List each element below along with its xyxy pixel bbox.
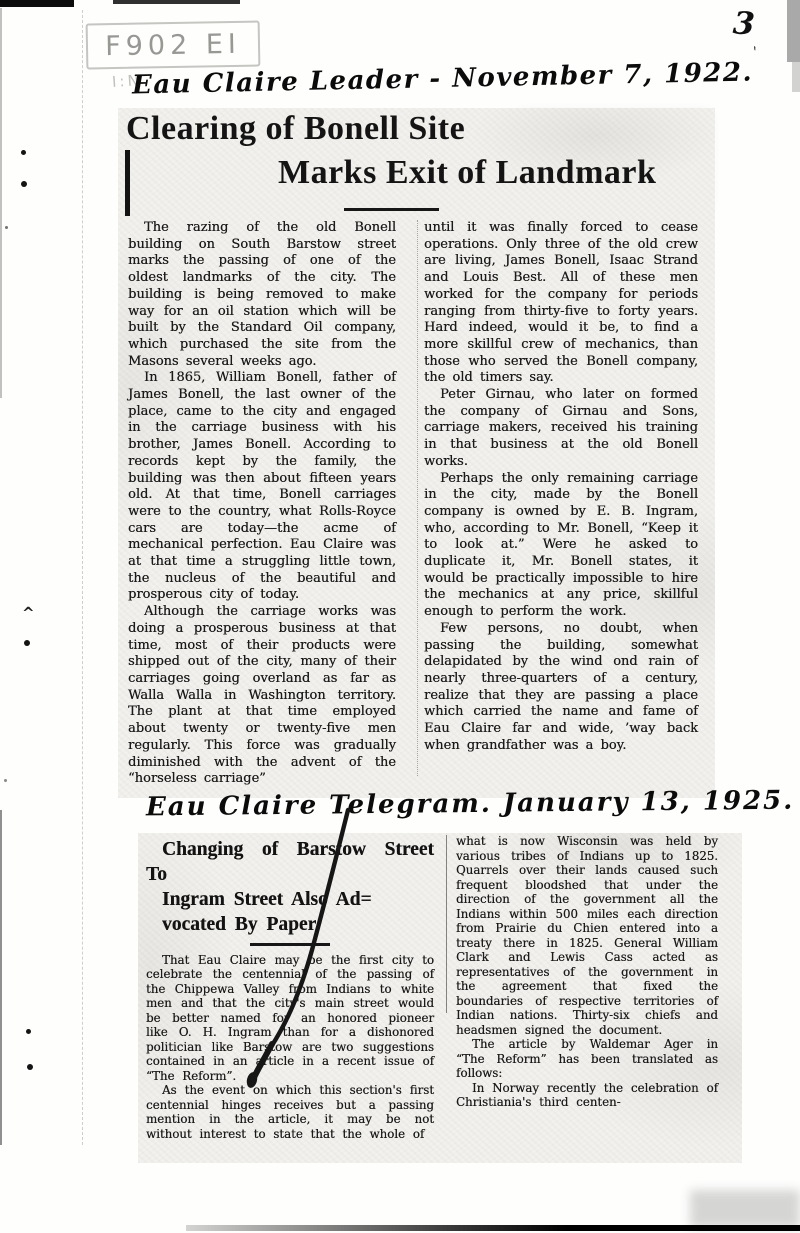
article-column-left: Changing of Barstow Street To Ingram Str… (146, 837, 434, 1141)
article-column-right: what is now Wisconsin was held by variou… (456, 834, 718, 1110)
article-paragraph: In Norway recently the celebration of Ch… (456, 1081, 718, 1110)
headline-line-2: Marks Exit of Landmark (278, 154, 656, 192)
scan-bottom-line (186, 1225, 800, 1231)
headline-line-3: vocated By Paper (146, 912, 434, 937)
article-column-right: until it was finally forced to cease ope… (424, 220, 698, 755)
clipping-edge-mark (125, 150, 130, 216)
article-paragraph: what is now Wisconsin was held by variou… (456, 834, 718, 1037)
headline-line-1: Clearing of Bonell Site (126, 110, 465, 148)
article-paragraph: The article by Waldemar Ager in “The Ref… (456, 1037, 718, 1081)
article-paragraph: The razing of the old Bonell building on… (128, 220, 396, 370)
headline-line-2: Ingram Street Also Ad= (146, 887, 434, 912)
article-paragraph: That Eau Claire may be the first city to… (146, 953, 434, 1084)
margin-dot (27, 1064, 33, 1070)
margin-dot (24, 640, 30, 646)
article-paragraph: As the event on which this section's fir… (146, 1083, 434, 1141)
archive-code-box: F902 EI (86, 20, 261, 69)
article-column-left: The razing of the old Bonell building on… (128, 220, 396, 788)
margin-dot (4, 779, 7, 782)
article-paragraph: Although the carriage works was doing a … (128, 604, 396, 788)
scan-edge-artifact (113, 0, 240, 4)
handwritten-source-caption-2: Eau Claire Telegram. January 13, 1925. (146, 786, 795, 823)
scan-edge-artifact (787, 0, 800, 62)
margin-caret-mark: ^ (22, 608, 35, 618)
scan-edge-artifact (0, 810, 2, 1145)
headline-rule (250, 943, 330, 946)
article-paragraph: until it was finally forced to cease ope… (424, 220, 698, 387)
scan-edge-artifact (0, 0, 74, 7)
article-paragraph: Few persons, no doubt, when passing the … (424, 621, 698, 755)
page-number: 3 (732, 5, 756, 42)
margin-dot (21, 150, 26, 155)
article-paragraph: Peter Girnau, who later on formed the co… (424, 387, 698, 471)
margin-dot (21, 181, 27, 187)
scanned-scrapbook-page: F902 EI I:N 3 ` Eau Claire Leader - Nove… (0, 0, 800, 1233)
page-fold-line (82, 10, 83, 1145)
scan-smudge (690, 1190, 800, 1228)
headline-line-1: Changing of Barstow Street To (146, 837, 434, 887)
margin-dot (26, 1029, 31, 1034)
article-paragraph: In 1865, William Bonell, father of James… (128, 370, 396, 604)
column-divider (446, 835, 447, 1013)
column-divider (417, 220, 418, 776)
scan-edge-artifact (792, 62, 800, 92)
headline-rule (344, 208, 439, 211)
newspaper-clipping-bonell: Clearing of Bonell Site Marks Exit of La… (118, 108, 715, 798)
archive-code: F902 EI (105, 28, 241, 61)
scan-edge-artifact (0, 8, 2, 398)
newspaper-clipping-barstow: Changing of Barstow Street To Ingram Str… (138, 833, 742, 1163)
article-paragraph: Perhaps the only remaining carriage in t… (424, 471, 698, 621)
margin-dot (5, 226, 8, 229)
